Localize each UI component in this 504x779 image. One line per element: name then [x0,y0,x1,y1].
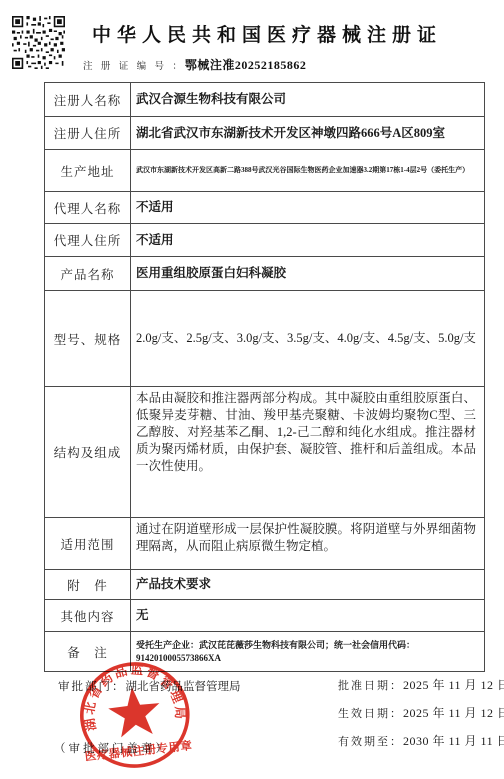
table-row-attachment: 附 件 产品技术要求 [45,569,484,599]
row-value: 通过在阴道壁形成一层保护性凝胶膜。将阴道壁与外界细菌物理隔离，从而阻止病原微生物… [131,518,484,569]
approval-date-value: 2025 年 11 月 12 日 [403,678,504,692]
table-row-production-address: 生产地址 武汉市东湖新技术开发区高新二路388号武汉光谷国际生物医药企业加速器3… [45,149,484,191]
cert-number-label: 注 册 证 编 号 ： [83,62,185,72]
row-value: 无 [131,600,484,631]
row-label: 结构及组成 [45,387,131,517]
expiry-date-label: 有效期至： [338,736,403,748]
table-row-agent-address: 代理人住所 不适用 [45,223,484,256]
row-value: 2.0g/支、2.5g/支、3.0g/支、3.5g/支、4.0g/支、4.5g/… [131,291,484,386]
row-label: 型号、规格 [45,291,131,386]
row-value: 医用重组胶原蛋白妇科凝胶 [131,257,484,290]
table-row-model-spec: 型号、规格 2.0g/支、2.5g/支、3.0g/支、3.5g/支、4.0g/支… [45,290,484,386]
effective-date-value: 2025 年 11 月 12 日 [403,706,504,720]
row-value: 武汉合源生物科技有限公司 [131,83,484,116]
expiry-date-line: 有效期至：2030 年 11 月 11 日 [338,732,504,760]
row-label: 注册人住所 [45,117,131,149]
seal-star [106,684,162,738]
official-seal: 湖北省药品监督管理局 医疗器械注册专用章 [50,653,221,779]
row-value: 武汉市东湖新技术开发区高新二路388号武汉光谷国际生物医药企业加速器3.2期第1… [131,150,484,191]
certificate-table: 注册人名称 武汉合源生物科技有限公司 注册人住所 湖北省武汉市东湖新技术开发区神… [44,82,485,672]
row-value: 不适用 [131,192,484,223]
row-label: 代理人住所 [45,224,131,256]
table-row-other-content: 其他内容 无 [45,599,484,631]
approval-date-line: 批准日期：2025 年 11 月 12 日 [338,676,504,704]
dates-block: 批准日期：2025 年 11 月 12 日 生效日期：2025 年 11 月 1… [338,676,504,760]
row-label: 其他内容 [45,600,131,631]
table-row-registrant-name: 注册人名称 武汉合源生物科技有限公司 [45,83,484,116]
table-row-agent-name: 代理人名称 不适用 [45,191,484,223]
expiry-date-value: 2030 年 11 月 11 日 [403,734,504,748]
row-value: 湖北省武汉市东湖新技术开发区神墩四路666号A区809室 [131,117,484,149]
table-row-intended-use: 适用范围 通过在阴道壁形成一层保护性凝胶膜。将阴道壁与外界细菌物理隔离，从而阻止… [45,517,484,569]
row-label: 代理人名称 [45,192,131,223]
certificate-page: 中华人民共和国医疗器械注册证 注 册 证 编 号 ：鄂械注准2025218586… [0,0,504,779]
seal-banner-text: 医疗器械注册专用章 [84,738,193,763]
certificate-title: 中华人民共和国医疗器械注册证 [30,20,504,47]
table-row-structure-composition: 结构及组成 本品由凝胶和推注器两部分构成。其中凝胶由重组胶原蛋白、低聚异麦芽糖、… [45,386,484,517]
row-label: 附 件 [45,570,131,599]
row-value: 本品由凝胶和推注器两部分构成。其中凝胶由重组胶原蛋白、低聚异麦芽糖、甘油、羧甲基… [131,387,484,517]
table-row-registrant-address: 注册人住所 湖北省武汉市东湖新技术开发区神墩四路666号A区809室 [45,116,484,149]
approval-date-label: 批准日期： [338,680,403,692]
row-value: 不适用 [131,224,484,256]
effective-date-label: 生效日期： [338,708,403,720]
cert-number-line: 注 册 证 编 号 ：鄂械注准20252185862 [83,56,306,74]
table-row-product-name: 产品名称 医用重组胶原蛋白妇科凝胶 [45,256,484,290]
effective-date-line: 生效日期：2025 年 11 月 12 日 [338,704,504,732]
row-label: 注册人名称 [45,83,131,116]
row-label: 适用范围 [45,518,131,569]
cert-number-value: 鄂械注准20252185862 [185,58,307,72]
row-value: 产品技术要求 [131,570,484,599]
row-label: 产品名称 [45,257,131,290]
row-label: 生产地址 [45,150,131,191]
